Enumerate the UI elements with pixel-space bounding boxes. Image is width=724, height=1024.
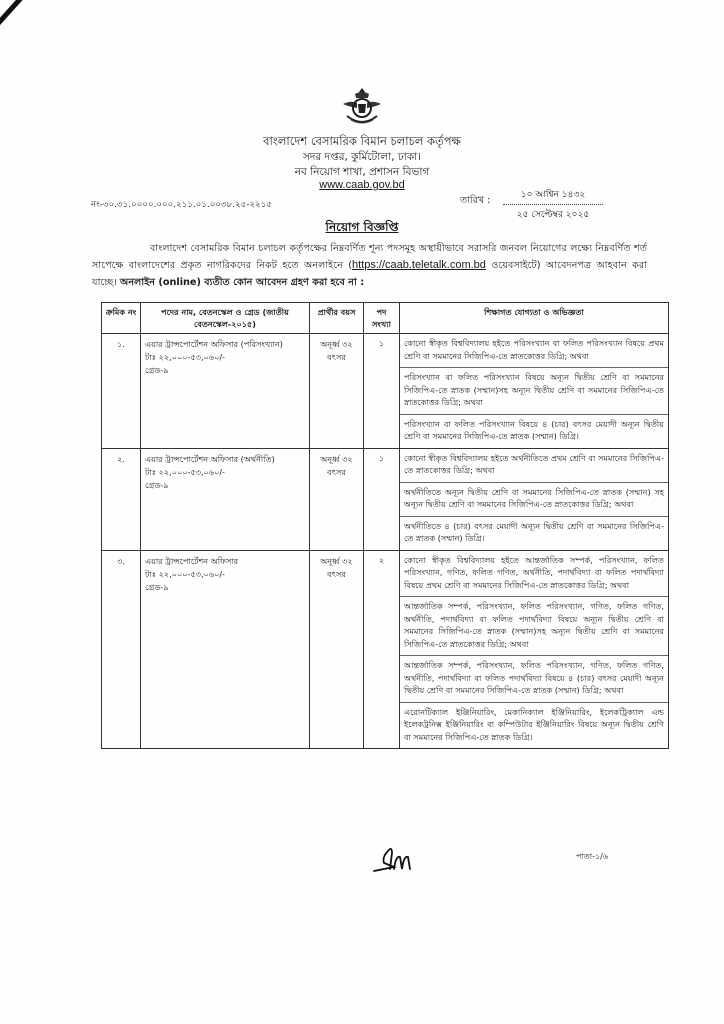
serial-cell: ১. xyxy=(102,334,141,449)
staple-mark xyxy=(0,0,65,34)
qualification-option: পরিসংখ্যান বা ফলিত পরিসংখ্যান বিষয়ে অন্… xyxy=(400,368,668,415)
qualification-option: কোনো স্বীকৃত বিশ্ববিদ্যালয় হইতে অর্থনীত… xyxy=(400,449,668,483)
table-row: ১.এয়ার ট্রান্সপোর্টেশন অফিসার (পরিসংখ্য… xyxy=(102,334,669,449)
qualification-option: কোনো স্বীকৃত বিশ্ববিদ্যালয় হইতে আন্তর্জ… xyxy=(400,551,668,598)
table-header-row: ক্রমিক নং পদের নাম, বেতনস্কেল ও গ্রেড (জ… xyxy=(102,303,669,334)
post-cell: এয়ার ট্রান্সপোর্টেশন অফিসার (পরিসংখ্যান… xyxy=(141,334,310,449)
qualification-option: এরোনটিক্যাল ইঞ্জিনিয়ারিং, মেকানিক্যাল ই… xyxy=(400,703,668,749)
online-only-notice: অনলাইন (online) ব্যতীত কোন আবেদন গ্রহণ ক… xyxy=(120,277,364,288)
pay-scale: টাঃ ২২,০০০-৫৩,০৬০/- xyxy=(145,466,305,479)
application-url-link[interactable]: https://caab.teletalk.com.bd xyxy=(352,259,486,271)
table-row: ৩.এয়ার ট্রান্সপোর্টেশন অফিসারটাঃ ২২,০০০… xyxy=(102,550,669,749)
qualification-cell: কোনো স্বীকৃত বিশ্ববিদ্যালয় হইতে পরিসংখ্… xyxy=(400,334,669,449)
date-block: ১০ আশ্বিন ১৪৩২ ২৫ সেপ্টেম্বর ২০২৫ xyxy=(503,187,603,222)
signature-icon xyxy=(372,843,414,873)
post-name: এয়ার ট্রান্সপোর্টেশন অফিসার (পরিসংখ্যান… xyxy=(145,338,305,351)
qualification-cell: কোনো স্বীকৃত বিশ্ববিদ্যালয় হইতে অর্থনীত… xyxy=(400,448,669,550)
table-row: ২.এয়ার ট্রান্সপোর্টেশন অফিসার (অর্থনীতি… xyxy=(102,448,669,550)
qualification-cell: কোনো স্বীকৃত বিশ্ববিদ্যালয় হইতে আন্তর্জ… xyxy=(400,550,669,749)
qualification-option: অর্থনীতিতে ৪ (চার) বৎসর মেয়াদী অন্যূন দ… xyxy=(400,517,668,550)
post-name: এয়ার ট্রান্সপোর্টেশন অফিসার xyxy=(145,555,305,568)
qualification-option: আন্তর্জাতিক সম্পর্ক, পরিসংখ্যান, ফলিত পর… xyxy=(400,597,668,656)
header-qualification: শিক্ষাগত যোগ্যতা ও অভিজ্ঞতা xyxy=(400,303,669,334)
qualification-option: আন্তর্জাতিক সম্পর্ক, পরিসংখ্যান, ফলিত পর… xyxy=(400,656,668,703)
caab-emblem-icon xyxy=(341,86,383,130)
count-cell: ১ xyxy=(364,448,400,550)
qualification-option: পরিসংখ্যান বা ফলিত পরিসংখ্যান বিষয়ে ৪ (… xyxy=(400,415,668,448)
age-cell: অনূর্ধ্ব ৩২ বৎসর xyxy=(310,334,364,449)
page-number: পাতা-১/৬ xyxy=(576,851,608,864)
website-link[interactable]: www.caab.gov.bd xyxy=(0,179,724,191)
header-post: পদের নাম, বেতনস্কেল ও গ্রেড (জাতীয় বেতন… xyxy=(141,303,310,334)
serial-cell: ২. xyxy=(102,448,141,550)
qualification-option: কোনো স্বীকৃত বিশ্ববিদ্যালয় হইতে পরিসংখ্… xyxy=(400,334,668,368)
grade: গ্রেড-৯ xyxy=(145,479,305,492)
grade: গ্রেড-৯ xyxy=(145,364,305,377)
post-name: এয়ার ট্রান্সপোর্টেশন অফিসার (অর্থনীতি) xyxy=(145,453,305,466)
pay-scale: টাঃ ২২,০০০-৫৩,০৬০/- xyxy=(145,351,305,364)
count-cell: ২ xyxy=(364,550,400,749)
grade: গ্রেড-৯ xyxy=(145,581,305,594)
vacancy-table: ক্রমিক নং পদের নাম, বেতনস্কেল ও গ্রেড (জ… xyxy=(101,302,669,749)
pay-scale: টাঃ ২২,০০০-৫৩,০৬০/- xyxy=(145,568,305,581)
header-serial: ক্রমিক নং xyxy=(102,303,141,334)
count-cell: ১ xyxy=(364,334,400,449)
post-cell: এয়ার ট্রান্সপোর্টেশন অফিসার (অর্থনীতি)ট… xyxy=(141,448,310,550)
header-count: পদ সংখ্যা xyxy=(364,303,400,334)
post-cell: এয়ার ট্রান্সপোর্টেশন অফিসারটাঃ ২২,০০০-৫… xyxy=(141,550,310,749)
header-age: প্রার্থীর বয়স xyxy=(310,303,364,334)
qualification-option: অর্থনীতিতে অন্যূন দ্বিতীয় শ্রেণি বা সমম… xyxy=(400,483,668,517)
serial-cell: ৩. xyxy=(102,550,141,749)
document-page: বাংলাদেশ বেসামরিক বিমান চলাচল কর্তৃপক্ষ … xyxy=(0,0,724,1024)
date-label: তারিখ : xyxy=(460,194,490,209)
date-bangla: ১০ আশ্বিন ১৪৩২ xyxy=(503,187,603,205)
notice-title: নিয়োগ বিজ্ঞপ্তি xyxy=(0,219,724,239)
memo-number: নং-৩০.৩১.০০০০.০০০.২১১.০১.০০৩৮.২৫-২২১৫ xyxy=(91,198,272,212)
age-cell: অনূর্ধ্ব ৩২ বৎসর xyxy=(310,448,364,550)
age-cell: অনূর্ধ্ব ৩২ বৎসর xyxy=(310,550,364,749)
intro-paragraph: বাংলাদেশ বেসামরিক বিমান চলাচল কর্তৃপক্ষে… xyxy=(92,240,647,291)
